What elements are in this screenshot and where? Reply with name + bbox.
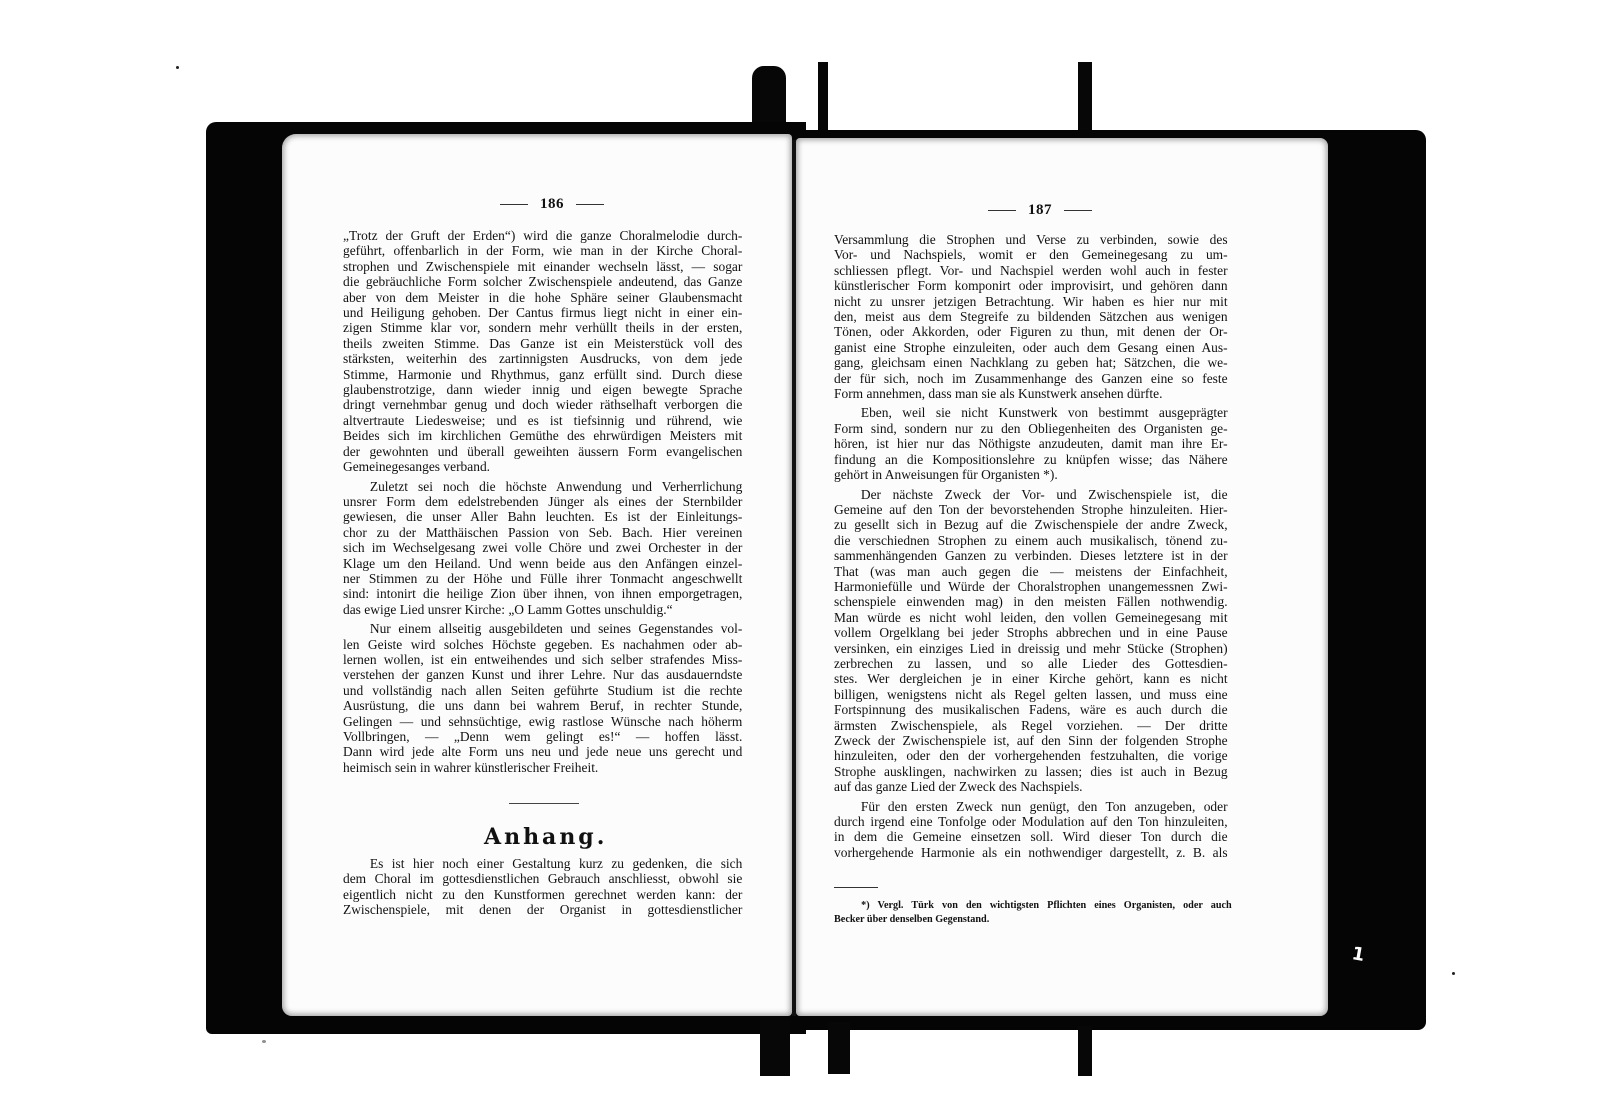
text-line: Zuletzt sei noch die höchste Anwendung u… [343, 480, 742, 495]
book-gutter [792, 140, 796, 1016]
text-line: dem Choral im gottesdienstlichen Gebrauc… [343, 872, 742, 887]
footnote-rule [834, 887, 878, 888]
text-line: Strophe ausklingen, nachwirken zu lassen… [834, 765, 1228, 780]
text-line: und vollständig nach allen Seiten geführ… [343, 684, 742, 699]
text-line: Versammlung die Strophen und Verse zu ve… [834, 233, 1228, 248]
text-line: Für den ersten Zweck nun genügt, den Ton… [834, 800, 1228, 815]
text-line: versinken, ein einziges Lied in dreissig… [834, 642, 1228, 657]
text-line: That (was man auch gegen die — meistens … [834, 565, 1228, 580]
text-line: Fortspinnung des musikalischen Fadens, w… [834, 703, 1228, 718]
text-line: zu gesellt sich in Bezug auf die Zwische… [834, 518, 1228, 533]
text-line: glaubenstrotzige, dann wieder innig und … [343, 383, 742, 398]
scan-speck [262, 1040, 266, 1043]
left-page-body: „Trotz der Gruft der Erden“) wird die ga… [343, 229, 759, 776]
text-line: Der nächste Zweck der Vor- und Zwischens… [834, 488, 1228, 503]
folio-dash [576, 204, 604, 205]
text-line: stärksten, weiterhin des zartinnigsten A… [343, 352, 742, 367]
text-line: ärmsten Zwischenspiele, als Regel vorzie… [834, 719, 1228, 734]
text-line: Dann wird jede alte Form uns neu und jed… [343, 745, 742, 760]
text-line: unsrer Form dem edelstrebenden Jünger al… [343, 495, 742, 510]
text-line: geführt, offenbarlich in der Form, wie m… [343, 244, 742, 259]
text-line: in dem die Gemeine einsetzen soll. Wird … [834, 830, 1228, 845]
text-line: schliessen pflegt. Vor- und Nachspiel we… [834, 264, 1228, 279]
text-line: Zweck der Zwischenspiele ist, auf den Si… [834, 734, 1228, 749]
text-line: dringt vernehmbar genug und doch wieder … [343, 398, 742, 413]
text-line: verstehen der ganzen Kunst und ihrer Leh… [343, 668, 742, 683]
text-line: sich im Wechselgesang zwei volle Chöre u… [343, 541, 742, 556]
text-line: Ausrüstung, die uns dann bei wahrem Beru… [343, 699, 742, 714]
folio-dash [1064, 210, 1092, 211]
section-heading: Anhang. [484, 824, 607, 850]
text-line: heimisch sein in wahrer künstlerischer F… [343, 761, 742, 776]
text-line: nicht zu unsrer jetzigen Betrachtung. Wi… [834, 295, 1228, 310]
text-line: hinzuleiten, oder den der vorhergehenden… [834, 749, 1228, 764]
text-line: vorhergehende Harmonie als ein nothwendi… [834, 846, 1228, 861]
text-line: Form sind, sondern nur zu den Obliegenhe… [834, 422, 1228, 437]
text-line: vollem Orgelklang bei jeder Strophs abbr… [834, 626, 1228, 641]
text-line: gewiesen, die unser Aller Bahn leuchten.… [343, 510, 742, 525]
text-line: hören, ist hier nur das Nöthigste anzude… [834, 437, 1228, 452]
text-line: billigen, wenigstens nicht als Regel gel… [834, 688, 1228, 703]
text-line: sind: intonirt die heilige Zion über ihn… [343, 587, 742, 602]
text-line: sammenhängenden Ganzen zu verbinden. Die… [834, 549, 1228, 564]
text-line: theils zweiten Stimme. Das Ganze ist ein… [343, 337, 742, 352]
bookmark-tab [818, 62, 828, 132]
text-line: Eben, weil sie nicht Kunstwerk von besti… [834, 406, 1228, 421]
section-separator [509, 803, 579, 804]
text-line: Form annehmen, dass man sie als Kunstwer… [834, 387, 1228, 402]
folio-dash [988, 210, 1016, 211]
text-line: Vollbringen, — „Denn wem gelingt es!“ — … [343, 730, 742, 745]
folio-dash [500, 204, 528, 205]
text-line: Zwischenspiele, mit denen der Organist i… [343, 903, 742, 918]
page-number-right: 187 [988, 202, 1092, 219]
text-line: zerbrechen zu lassen, und so alle Lieder… [834, 657, 1228, 672]
text-line: lernen wollen, ist ein entweihendes und … [343, 653, 742, 668]
text-line: der für sich, noch im Zusammenhange des … [834, 372, 1228, 387]
text-line: Tönen, oder Akkorden, oder Figuren zu th… [834, 325, 1228, 340]
text-line: Stimme, Harmonie und Rhythmus, ganz erfü… [343, 368, 742, 383]
text-line: len Geiste wird solches Höchste gegeben.… [343, 638, 742, 653]
text-line: Gemeinegesanges verband. [343, 460, 742, 475]
right-page-body: Versammlung die Strophen und Verse zu ve… [834, 233, 1244, 861]
text-line: Beides sich im kirchlichen Gemüthe des e… [343, 429, 742, 444]
text-line: findung an die Kompositionslehre zu knüp… [834, 453, 1228, 468]
page-number-left: 186 [500, 196, 604, 213]
bookmark-tab [760, 1020, 790, 1076]
text-line: Man würde es nicht wohl leiden, den voll… [834, 611, 1228, 626]
text-line: durch irgend eine Tonfolge oder Modulati… [834, 815, 1228, 830]
anhang-body: Es ist hier noch einer Gestaltung kurz z… [343, 857, 759, 919]
text-line: Vor- und Nachspiels, womit er den Gemein… [834, 248, 1228, 263]
text-line: gang, gleichsam einen Nachklang zu geben… [834, 356, 1228, 371]
text-line: Gemeine auf den Ton der bevorstehenden S… [834, 503, 1228, 518]
text-line: auf das ganze Lied der Zweck des Nachspi… [834, 780, 1228, 795]
text-line: chor zu der Matthäischen Passion von Seb… [343, 526, 742, 541]
scan-speck [1452, 972, 1455, 975]
text-line: aber von dem Meister in die hohe Sphäre … [343, 291, 742, 306]
text-line: zigen Stimme klar vor, sondern mehr verh… [343, 321, 742, 336]
text-line: „Trotz der Gruft der Erden“) wird die ga… [343, 229, 742, 244]
text-line: die gebräuchliche Form solcher Zwischens… [343, 275, 742, 290]
bookmark-tab [1078, 62, 1092, 134]
text-line: ner Stimmen zu der Höhe und Fülle ihrer … [343, 572, 742, 587]
scan-speck [176, 66, 179, 69]
text-line: eigentlich nicht zu den Kunstformen gere… [343, 888, 742, 903]
text-line: Gelingen — und sehnsüchtige, ewig rastlo… [343, 715, 742, 730]
text-line: Becker über denselben Gegenstand. [834, 913, 1232, 927]
text-line: altvertraute Liedesweise; und es ist tie… [343, 414, 742, 429]
text-line: Nur einem allseitig ausgebildeten und se… [343, 622, 742, 637]
bookmark-tab [828, 1022, 850, 1074]
text-line: gehört in Anweisungen für Organisten *). [834, 468, 1228, 483]
text-line: *) Vergl. Türk von den wichtigsten Pflic… [834, 899, 1232, 913]
page-number: 187 [1028, 202, 1052, 219]
text-line: ganist eine Strophe einzuleiten, oder au… [834, 341, 1228, 356]
text-line: und Heiligung gehoben. Der Cantus firmus… [343, 306, 742, 321]
text-line: der gewohnten und überall geweihten äuss… [343, 445, 742, 460]
text-line: Es ist hier noch einer Gestaltung kurz z… [343, 857, 742, 872]
bookmark-tab [1078, 1026, 1092, 1076]
footnote: *) Vergl. Türk von den wichtigsten Pflic… [834, 899, 1244, 927]
page-number: 186 [540, 196, 564, 213]
text-line: Harmoniefülle und Würde der Choralstroph… [834, 580, 1228, 595]
text-line: schenspiele einwenden mag) in den meiste… [834, 595, 1228, 610]
text-line: künstlerischer Form komponirt oder impro… [834, 279, 1228, 294]
text-line: stes. Wer dergleichen je in einer Kirche… [834, 672, 1228, 687]
text-line: die verschiednen Strophen zu einem auch … [834, 534, 1228, 549]
text-line: Klage um den Heiland. Und wenn beide aus… [343, 557, 742, 572]
text-line: das ewige Lied unsrer Kirche: „O Lamm Go… [343, 603, 742, 618]
text-line: den, meist aus dem Stegreife zu bildende… [834, 310, 1228, 325]
text-line: strophen und Zwischenspiele mit einander… [343, 260, 742, 275]
